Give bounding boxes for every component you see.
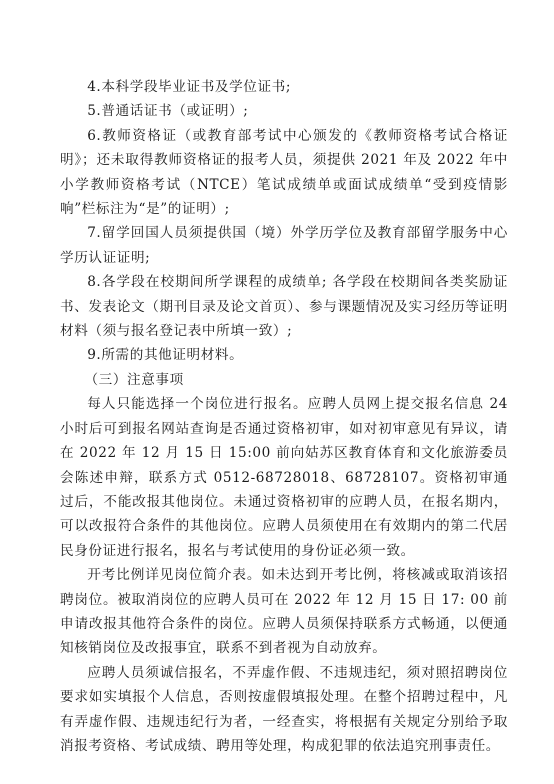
- list-item-5: 5.普通话证书（或证明）;: [60, 99, 508, 123]
- section-heading: （三）注意事项: [60, 368, 508, 392]
- list-item-4: 4.本科学段毕业证书及学位证书;: [60, 75, 508, 99]
- list-item-9: 9.所需的其他证明材料。: [60, 343, 508, 367]
- document-page: 4.本科学段毕业证书及学位证书; 5.普通话证书（或证明）; 6.教师资格证（或…: [60, 75, 508, 758]
- list-item-8: 8.各学段在校期间所学课程的成绩单; 各学段在校期间各类奖励证书、发表论文（期刊…: [60, 270, 508, 343]
- list-item-6: 6.教师资格证（或教育部考试中心颁发的《教师资格考试合格证明》；还未取得教师资格…: [60, 124, 508, 222]
- note-paragraph-1: 每人只能选择一个岗位进行报名。应聘人员网上提交报名信息 24 小时后可到报名网站…: [60, 392, 508, 563]
- note-paragraph-3: 应聘人员须诚信报名，不弄虚作假、不违规违纪，须对照招聘岗位要求如实填报个人信息，…: [60, 661, 508, 759]
- note-paragraph-2: 开考比例详见岗位简介表。如未达到开考比例，将核减或取消该招聘岗位。被取消岗位的应…: [60, 563, 508, 661]
- list-item-7: 7.留学回国人员须提供国（境）外学历学位及教育部留学服务中心学历认证证明;: [60, 221, 508, 270]
